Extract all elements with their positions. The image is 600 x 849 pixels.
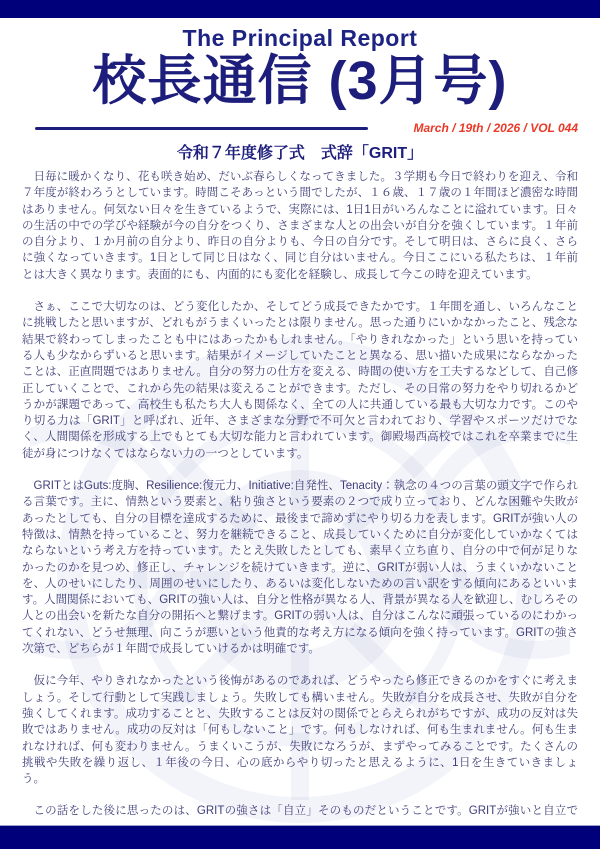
body-paragraph: 仮に今年、やりきれなかったという後悔があるのであれば、どうやったら修正できるのか… bbox=[22, 673, 578, 787]
body-paragraph: さぁ、ここで大切なのは、どう変化したか、そしてどう成長できたかです。１年間を通し… bbox=[22, 299, 578, 462]
body-paragraph: 日毎に暖かくなり、花も咲き始め、だいぶ春らしくなってきました。３学期も今日で終わ… bbox=[22, 169, 578, 283]
body-paragraph: GRITとはGuts:度胸、Resilience:復元力、Initiative:… bbox=[22, 478, 578, 657]
page-title: 校長通信 (3月号) bbox=[0, 51, 600, 111]
section-heading: 令和７年度修了式 式辞「GRIT」 bbox=[0, 140, 600, 163]
horizontal-rule bbox=[35, 127, 368, 130]
body-paragraph: この話をした後に思ったのは、GRITの強さは「自立」そのものだということです。G… bbox=[22, 803, 578, 821]
newsletter-page: { "page": { "masthead": "The Principal R… bbox=[0, 0, 600, 849]
title-rule-row: March / 19th / 2026 / VOL 044 bbox=[35, 120, 578, 136]
bottom-accent-bar bbox=[0, 825, 600, 849]
masthead-title: The Principal Report bbox=[0, 25, 600, 52]
top-accent-bar bbox=[0, 0, 600, 18]
article-body: 日毎に暖かくなり、花も咲き始め、だいぶ春らしくなってきました。３学期も今日で終わ… bbox=[22, 169, 578, 821]
issue-date: March / 19th / 2026 / VOL 044 bbox=[413, 121, 578, 135]
